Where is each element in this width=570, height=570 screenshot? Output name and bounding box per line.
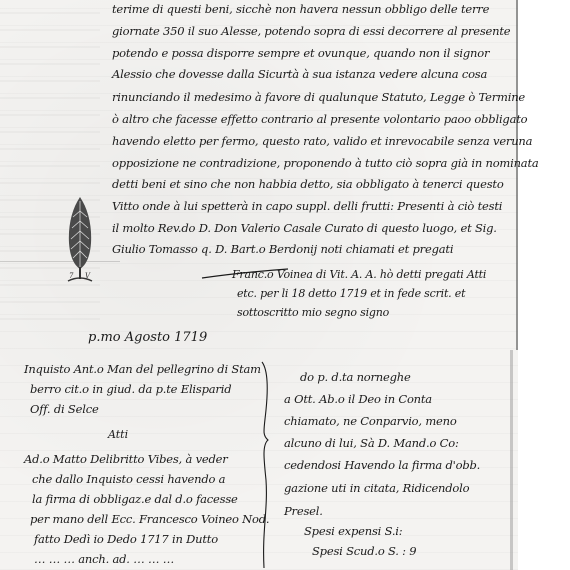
text-line: Spesi Scud.o S. : 9 [312,544,416,558]
text-line: berro cit.o in giud. da p.te Elisparid [30,382,231,396]
text-line: havendo eletto per fermo, questo rato, v… [112,134,532,148]
text-line: Ad.o Matto Delibritto Vibes, à veder [24,452,228,466]
text-line: ò altro che facesse effetto contrario al… [112,112,527,126]
text-line: sottoscritto mio segno signo [237,306,389,319]
text-line: Presel. [284,504,323,518]
text-line: detti beni et sino che non habbia detto,… [112,177,504,191]
text-line: Franc.o Voinea di Vit. A. A. hò detti pr… [232,268,486,281]
entry-date-heading: p.mo Agosto 1719 [88,330,207,345]
text-line: Spesi expensi S.i: [304,524,402,538]
text-line: do p. d.ta norneghe [300,370,411,384]
text-line: alcuno di lui, Sà D. Mand.o Co: [284,436,459,450]
text-line: gazione uti in citata, Ridicendolo [284,481,469,495]
text-line: fatto Dedì io Dedo 1717 in Dutto [34,532,218,546]
cypress-tree-icon: 7 V [60,195,100,285]
text-line: la firma di obbligaz.e dal d.o facesse [32,492,238,506]
text-line: il molto Rev.do D. Don Valerio Casale Cu… [112,221,497,235]
atti-abbreviation: Atti [108,428,128,441]
text-line: Giulio Tomasso q. D. Bart.o Berdonij not… [112,242,453,256]
text-line: opposizione ne contradizione, proponendo… [112,156,539,170]
text-line: Off. di Selce [30,402,99,416]
text-line: etc. per li 18 detto 1719 et in fede scr… [237,287,465,300]
text-line: terime di questi beni, sicchè non havera… [112,2,489,16]
text-line: Vitto onde à lui spetterà in capo suppl.… [112,199,502,213]
text-line: cedendosi Havendo la firma d'obb. [284,458,480,472]
text-line: che dallo Inquisto cessi havendo a [32,472,225,486]
text-line: per mano dell Ecc. Francesco Voineo Nod. [30,512,269,526]
text-line: Inquisto Ant.o Man del pellegrino di Sta… [24,362,261,376]
text-line: Alessio che dovesse dalla Sicurtà à sua … [112,67,487,81]
text-line: potendo e possa disporre sempre et ovunq… [112,46,489,60]
text-line: … … … anch. ad. … … … [34,552,174,566]
page-edge-lower [510,350,513,570]
text-line: chiamato, ne Conparvio, meno [284,414,457,428]
manuscript-scan: terime di questi beni, sicchè non havera… [0,0,570,570]
text-line: a Ott. Ab.o il Deo in Conta [284,392,432,406]
scan-margin [518,0,570,570]
text-line: giornate 350 il suo Alesse, potendo sopr… [112,24,510,38]
svg-text:V: V [85,272,91,280]
svg-text:7: 7 [69,272,74,280]
curly-brace-divider [258,360,272,570]
text-line: rinunciando il medesimo à favore di qual… [112,90,525,104]
